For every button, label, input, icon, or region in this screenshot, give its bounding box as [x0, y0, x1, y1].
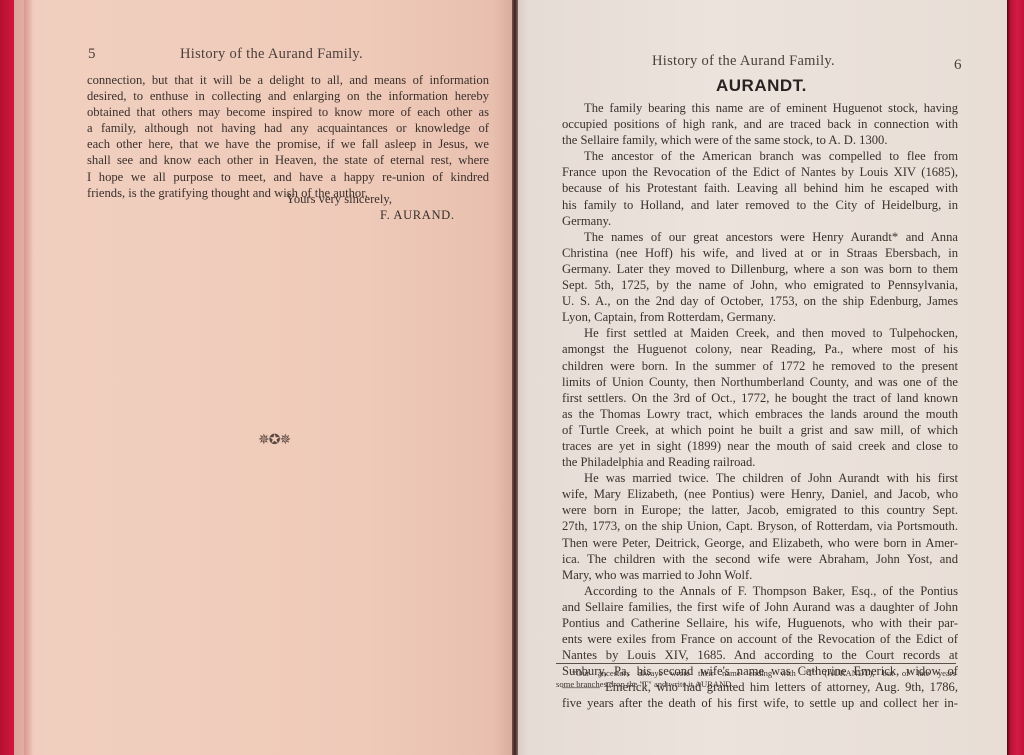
- text-line: ica. The children with the second wife w…: [562, 551, 958, 567]
- text-line: Lyon, Captain, from Rotterdam, Germany.: [562, 309, 958, 325]
- text-line: U. S. A., on the 2nd day of October, 175…: [562, 293, 958, 309]
- page-number-left: 5: [88, 46, 96, 63]
- text-line: were born in Europe; the latter, Jacob, …: [562, 502, 958, 518]
- text-line: amongst the Huguenot colony, near Readin…: [562, 341, 958, 357]
- running-head-left: History of the Aurand Family.: [180, 46, 363, 63]
- decorative-ornament-icon: ✵✪✵: [258, 432, 290, 448]
- text-line: children were born. In the summer of 177…: [562, 358, 958, 374]
- text-line: Germany.: [562, 213, 958, 229]
- text-line: as the Thomas Lowry tract, which embrace…: [562, 406, 958, 422]
- paragraph-6: According to the Annals of F. Thompson B…: [562, 583, 958, 712]
- paragraph-4: He first settled at Maiden Creek, and th…: [562, 325, 958, 470]
- page-number-right: 6: [954, 57, 962, 74]
- text-line: occupied positions of high rank, and are…: [562, 116, 958, 132]
- text-line: I hope we all purpose to meet, and have …: [87, 169, 489, 185]
- text-line: limits of Union County, then Northumberl…: [562, 374, 958, 390]
- text-line: He first settled at Maiden Creek, and th…: [562, 325, 958, 341]
- paragraph-1: The family bearing this name are of emin…: [562, 100, 958, 148]
- chapter-title: AURANDT.: [716, 76, 807, 96]
- footnote-line: *Our ancestors always wrote their name e…: [556, 668, 956, 679]
- text-line: Then were Peter, Deitrick, George, and E…: [562, 535, 958, 551]
- text-line: his family to Holland, and later removed…: [562, 197, 958, 213]
- book-cover-right-edge: [1007, 0, 1024, 755]
- text-line: France upon the Revocation of the Edict …: [562, 164, 958, 180]
- text-line: first settlers. On the 3rd of Oct., 1772…: [562, 390, 958, 406]
- text-line: wife, Mary Elizabeth, (nee Pontius) were…: [562, 486, 958, 502]
- text-line: shall see and know each other in Heaven,…: [87, 152, 489, 168]
- text-line: Mary, who was married to John Wolf.: [562, 567, 958, 583]
- text-line: of Turtle Creek, at which point he built…: [562, 422, 958, 438]
- text-line: The names of our great ancestors were He…: [562, 229, 958, 245]
- text-line: traces are yet in sight (1899) near the …: [562, 438, 958, 454]
- right-page-body: The family bearing this name are of emin…: [562, 100, 958, 712]
- author-signature: F. AURAND.: [380, 208, 455, 223]
- book-cover-left-edge: [0, 0, 14, 755]
- left-page-body: connection, but that it will be a deligh…: [87, 72, 489, 201]
- text-line: Christina (nee Hoff) his wife, and lived…: [562, 245, 958, 261]
- text-line: connection, but that it will be a deligh…: [87, 72, 489, 88]
- text-line: He was married twice. The children of Jo…: [562, 470, 958, 486]
- text-line: The ancestor of the American branch was …: [562, 148, 958, 164]
- text-line: Nantes by Louis XIV, 1685. And according…: [562, 647, 958, 663]
- text-line: five years after the death of his first …: [562, 695, 958, 711]
- left-page: 5 History of the Aurand Family. connecti…: [14, 0, 512, 755]
- footnote: *Our ancestors always wrote their name e…: [556, 668, 956, 690]
- paragraph-2: The ancestor of the American branch was …: [562, 148, 958, 228]
- text-line: the Sellaire family, which were of the s…: [562, 132, 958, 148]
- text-line: ents were exiles from France on account …: [562, 631, 958, 647]
- text-line: each other here, that we have the promis…: [87, 136, 489, 152]
- text-line: the Philadelphia and Reading railroad.: [562, 454, 958, 470]
- footnote-line: some branches drop the "T" and write it …: [556, 679, 956, 690]
- footnote-divider: [556, 663, 956, 664]
- running-head-right: History of the Aurand Family.: [652, 53, 835, 70]
- text-line: Germany. Later they moved to Dillenburg,…: [562, 261, 958, 277]
- text-line: Sept. 5th, 1725, by the name of John, wh…: [562, 277, 958, 293]
- text-line: Pontius and Catherine Sellaire, his wife…: [562, 615, 958, 631]
- text-line: According to the Annals of F. Thompson B…: [562, 583, 958, 599]
- text-line: 27th, 1773, on the ship Union, Capt. Bry…: [562, 518, 958, 534]
- text-line: The family bearing this name are of emin…: [562, 100, 958, 116]
- text-line: and Sellaire families, the first wife of…: [562, 599, 958, 615]
- paragraph-3: The names of our great ancestors were He…: [562, 229, 958, 326]
- paragraph-5: He was married twice. The children of Jo…: [562, 470, 958, 583]
- text-line: desired, to enthuse in collecting and en…: [87, 88, 489, 104]
- closing-salutation: Yours very sincerely,: [286, 192, 392, 207]
- text-line: because of his Protestant faith. Leaving…: [562, 180, 958, 196]
- text-line: a family, although not having had any ac…: [87, 120, 489, 136]
- text-line: obtained that others may become inspired…: [87, 104, 489, 120]
